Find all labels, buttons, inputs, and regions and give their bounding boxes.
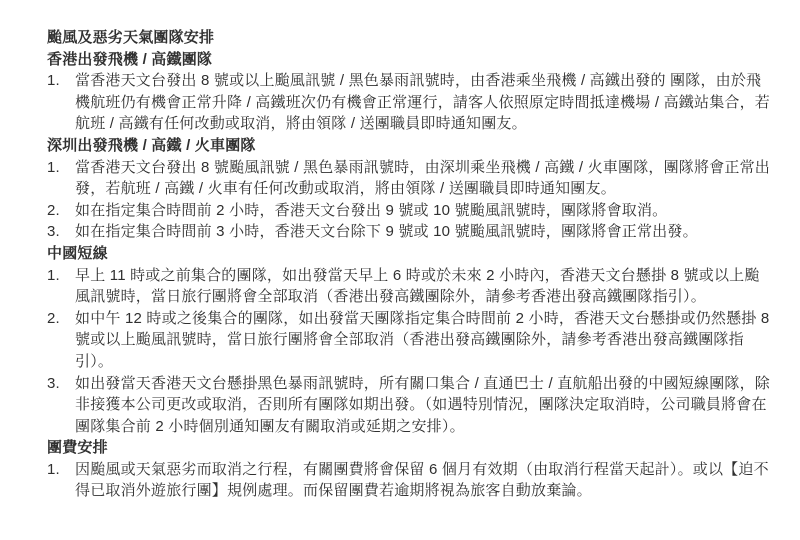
section-china-short-haul: 中國短線 早上 11 時或之前集合的團隊，如出發當天早上 6 時或於未來 2 小… [47,243,772,437]
section-tour-fee-arrangement: 團費安排 因颱風或天氣惡劣而取消之行程，有關團費將會保留 6 個月有效期（由取消… [47,437,772,502]
policy-list: 當香港天文台發出 8 號颱風訊號 / 黑色暴雨訊號時，由深圳乘坐飛機 / 高鐵 … [47,157,772,243]
section-hk-departure-flight-rail: 香港出發飛機 / 高鐵團隊 當香港天文台發出 8 號或以上颱風訊號 / 黑色暴雨… [47,49,772,135]
policy-list: 當香港天文台發出 8 號或以上颱風訊號 / 黑色暴雨訊號時，由香港乘坐飛機 / … [47,70,772,135]
list-item: 如在指定集合時間前 3 小時，香港天文台除下 9 號或 10 號颱風訊號時，團隊… [47,221,772,243]
list-item: 如中午 12 時或之後集合的團隊，如出發當天團隊指定集合時間前 2 小時，香港天… [47,308,772,373]
list-item: 如出發當天香港天文台懸掛黑色暴雨訊號時，所有關口集合 / 直通巴士 / 直航船出… [47,373,772,438]
page-title: 颱風及惡劣天氣團隊安排 [47,27,772,49]
document: 颱風及惡劣天氣團隊安排 香港出發飛機 / 高鐵團隊 當香港天文台發出 8 號或以… [0,0,800,502]
list-item: 當香港天文台發出 8 號或以上颱風訊號 / 黑色暴雨訊號時，由香港乘坐飛機 / … [47,70,772,135]
list-item: 如在指定集合時間前 2 小時，香港天文台發出 9 號或 10 號颱風訊號時，團隊… [47,200,772,222]
section-heading-shenzhen-departure: 深圳出發飛機 / 高鐵 / 火車團隊 [47,135,772,157]
section-shenzhen-departure-flight-rail-train: 深圳出發飛機 / 高鐵 / 火車團隊 當香港天文台發出 8 號颱風訊號 / 黑色… [47,135,772,243]
policy-list: 因颱風或天氣惡劣而取消之行程，有關團費將會保留 6 個月有效期（由取消行程當天起… [47,459,772,502]
policy-list: 早上 11 時或之前集合的團隊，如出發當天早上 6 時或於未來 2 小時內，香港… [47,265,772,438]
list-item: 當香港天文台發出 8 號颱風訊號 / 黑色暴雨訊號時，由深圳乘坐飛機 / 高鐵 … [47,157,772,200]
list-item: 因颱風或天氣惡劣而取消之行程，有關團費將會保留 6 個月有效期（由取消行程當天起… [47,459,772,502]
section-heading-china-short-haul: 中國短線 [47,243,772,265]
list-item: 早上 11 時或之前集合的團隊，如出發當天早上 6 時或於未來 2 小時內，香港… [47,265,772,308]
section-heading-hk-departure: 香港出發飛機 / 高鐵團隊 [47,49,772,71]
section-heading-tour-fee: 團費安排 [47,437,772,459]
